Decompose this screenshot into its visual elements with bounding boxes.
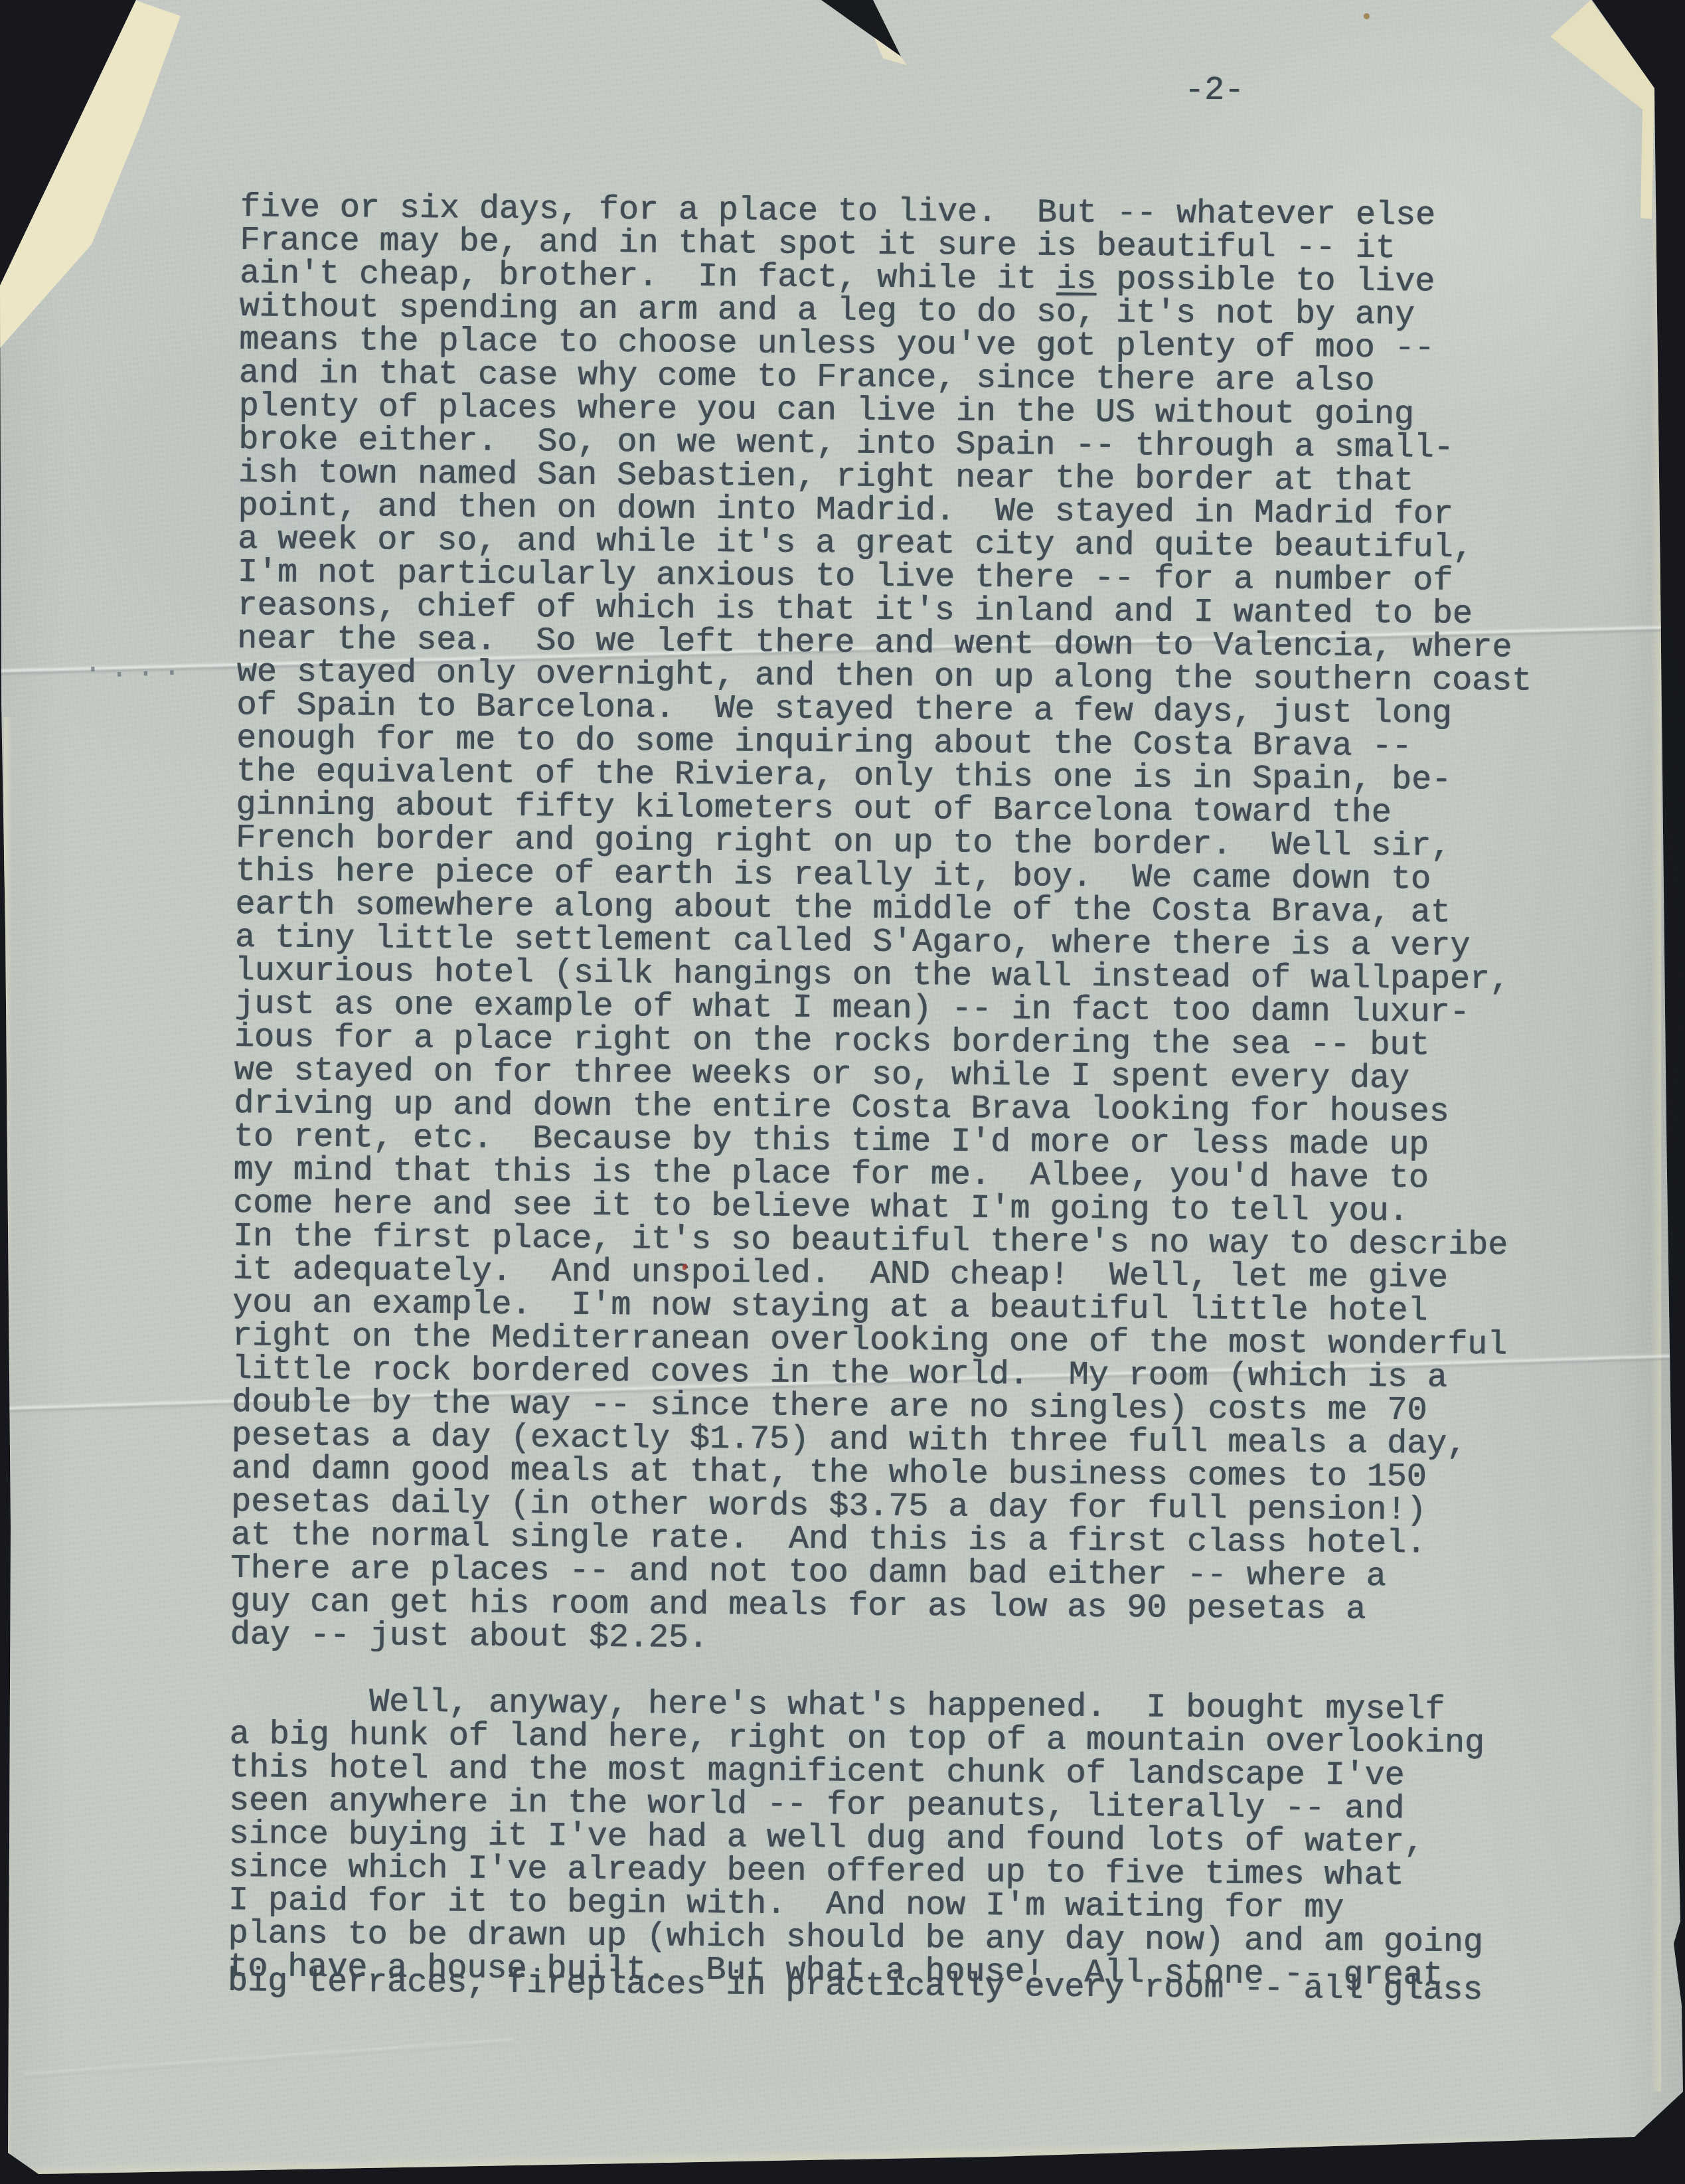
page-number: -2- [1184, 74, 1244, 108]
stain-speck-brown [1364, 13, 1370, 19]
letter-line: big terraces, fireplaces in practically … [228, 1966, 1562, 2008]
underlined-word: is [1056, 261, 1096, 299]
letter-page: -2- ·... five or six days, for a place t… [0, 0, 1685, 2184]
torn-edge-left [4, 717, 13, 2158]
crease-bottom-left [24, 2038, 515, 2078]
torn-edge-bottom [20, 2133, 1640, 2176]
torn-edge-right [1650, 199, 1661, 2092]
scanned-letter: -2- ·... five or six days, for a place t… [0, 0, 1685, 2184]
crease-ink-dots: ·... [83, 649, 189, 687]
letter-text: five or six days, for a place to live. B… [228, 191, 1575, 2008]
